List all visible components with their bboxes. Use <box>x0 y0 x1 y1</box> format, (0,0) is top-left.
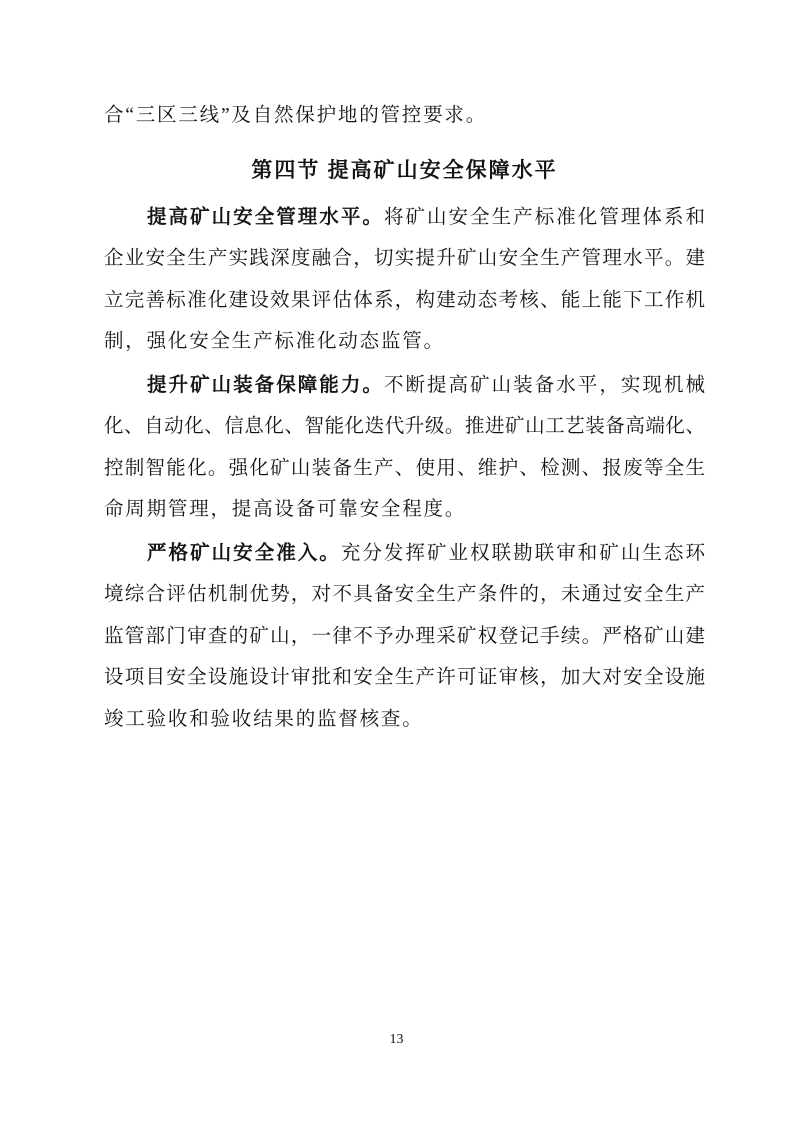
paragraph-3-line-4: 设项目安全设施设计审批和安全生产许可证审核，加大对安全设施 <box>104 657 705 699</box>
paragraph-2-line-1-text: 不断提高矿山装备水平，实现机械 <box>384 375 705 396</box>
paragraph-3-line-5: 竣工验收和验收结果的监督核查。 <box>104 699 705 741</box>
paragraph-3: 严格矿山安全准入。充分发挥矿业权联勘联审和矿山生态环 境综合评估机制优势，对不具… <box>104 533 705 741</box>
paragraph-3-line-1: 严格矿山安全准入。充分发挥矿业权联勘联审和矿山生态环 <box>104 533 705 575</box>
paragraph-1: 提高矿山安全管理水平。将矿山安全生产标准化管理体系和 企业安全生产实践深度融合，… <box>104 197 705 363</box>
paragraph-3-line-1-text: 充分发挥矿业权联勘联审和矿山生态环 <box>341 543 705 564</box>
paragraph-2-line-1: 提升矿山装备保障能力。不断提高矿山装备水平，实现机械 <box>104 365 705 407</box>
paragraph-2-line-2: 化、自动化、信息化、智能化迭代升级。推进矿山工艺装备高端化、 <box>104 406 705 448</box>
paragraph-1-line-1-text: 将矿山安全生产标准化管理体系和 <box>384 207 705 228</box>
continuation-paragraph-line: 合“三区三线”及自然保护地的管控要求。 <box>104 95 705 137</box>
document-body: 合“三区三线”及自然保护地的管控要求。 第四节 提高矿山安全保障水平 提高矿山安… <box>104 95 705 742</box>
section-heading: 第四节 提高矿山安全保障水平 <box>104 149 705 191</box>
paragraph-2: 提升矿山装备保障能力。不断提高矿山装备水平，实现机械 化、自动化、信息化、智能化… <box>104 365 705 531</box>
paragraph-1-line-2: 企业安全生产实践深度融合，切实提升矿山安全生产管理水平。建 <box>104 238 705 280</box>
paragraph-3-line-2: 境综合评估机制优势，对不具备安全生产条件的，未通过安全生产 <box>104 574 705 616</box>
paragraph-2-line-4: 命周期管理，提高设备可靠安全程度。 <box>104 489 705 531</box>
page-number: 13 <box>0 1030 793 1050</box>
paragraph-2-lead: 提升矿山装备保障能力。 <box>147 375 384 396</box>
document-page: 合“三区三线”及自然保护地的管控要求。 第四节 提高矿山安全保障水平 提高矿山安… <box>0 0 793 1122</box>
paragraph-3-lead: 严格矿山安全准入。 <box>147 543 341 564</box>
paragraph-3-line-3: 监管部门审查的矿山，一律不予办理采矿权登记手续。严格矿山建 <box>104 616 705 658</box>
paragraph-1-line-1: 提高矿山安全管理水平。将矿山安全生产标准化管理体系和 <box>104 197 705 239</box>
paragraph-1-line-3: 立完善标准化建设效果评估体系，构建动态考核、能上能下工作机 <box>104 280 705 322</box>
paragraph-1-line-4: 制，强化安全生产标准化动态监管。 <box>104 321 705 363</box>
paragraph-2-line-3: 控制智能化。强化矿山装备生产、使用、维护、检测、报废等全生 <box>104 448 705 490</box>
paragraph-1-lead: 提高矿山安全管理水平。 <box>147 207 384 228</box>
